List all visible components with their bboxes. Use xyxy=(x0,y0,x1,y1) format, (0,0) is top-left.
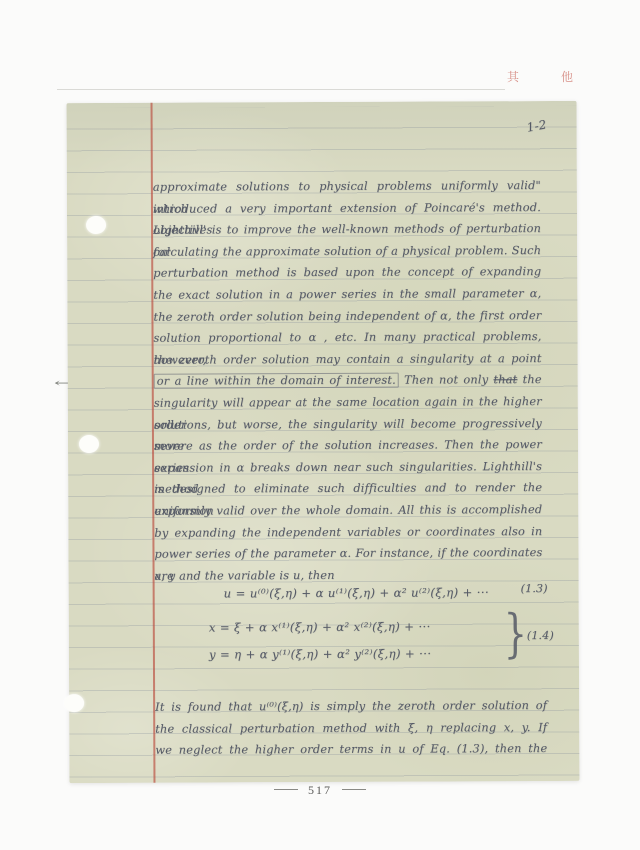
handwritten-paragraph-2: It is found that u⁽⁰⁾(ξ,η) is simply the… xyxy=(155,695,547,761)
handwritten-line: introduced a very important extension of… xyxy=(153,197,541,220)
equation-x: x = ξ + α x⁽¹⁾(ξ,η) + α² x⁽²⁾(ξ,η) + ··· xyxy=(209,620,431,635)
equation-u: u = u⁽⁰⁾(ξ,η) + α u⁽¹⁾(ξ,η) + α² u⁽²⁾(ξ,… xyxy=(224,585,489,600)
underlying-sheet-edge xyxy=(57,89,505,90)
handwritten-paragraph-1: approximate solutions to physical proble… xyxy=(153,175,543,587)
handwritten-line: solution proportional to α , etc. In man… xyxy=(154,326,542,349)
punch-hole xyxy=(64,694,84,712)
scan-background: 其 他 ← 1-2 approximate solutions to physi… xyxy=(0,0,640,850)
handwritten-line: solutions, but worse, the singularity wi… xyxy=(154,413,542,436)
handwritten-line: x, y and the variable is u, then xyxy=(155,564,543,587)
handwritten-line: by expanding the independent variables o… xyxy=(154,521,542,544)
handwritten-line: the exact solution in a power series in … xyxy=(153,283,541,306)
handwritten-line: the zeroth order solution may contain a … xyxy=(154,348,542,371)
stamp-char: 他 xyxy=(561,68,573,85)
page-number-value: 517 xyxy=(308,783,332,798)
notebook-page: 1-2 approximate solutions to physical pr… xyxy=(67,101,580,783)
page-number-dash xyxy=(274,789,298,790)
handwritten-line: It is found that u⁽⁰⁾(ξ,η) is simply the… xyxy=(155,695,547,718)
handwritten-line: expansion in α breaks down near such sin… xyxy=(154,456,542,479)
equation-label: (1.4) xyxy=(527,629,554,642)
handwritten-line: power series of the parameter α. For ins… xyxy=(154,542,542,565)
handwritten-text: Then not only xyxy=(404,374,493,387)
handwritten-line: objective is to improve the well-known m… xyxy=(153,218,541,241)
punch-hole xyxy=(86,216,106,234)
equation-brace: } xyxy=(504,604,527,664)
equation-label: (1.3) xyxy=(521,582,548,595)
handwritten-line: severe as the order of the solution incr… xyxy=(154,434,542,457)
stamp-char: 其 xyxy=(507,68,519,85)
page-number-dash xyxy=(342,789,366,790)
handwritten-line: we neglect the higher order terms in u o… xyxy=(155,738,547,761)
red-stamp: 其 他 xyxy=(505,68,615,86)
handwritten-line: perturbation method is based upon the co… xyxy=(153,261,541,284)
handwritten-line: calculating the approximate solution of … xyxy=(153,240,541,263)
struck-word: that xyxy=(493,373,517,386)
equation-y: y = η + α y⁽¹⁾(ξ,η) + α² y⁽²⁾(ξ,η) + ··· xyxy=(209,647,432,662)
handwritten-line: the classical perturbation method with ξ… xyxy=(155,717,547,740)
handwritten-line: the zeroth order solution being independ… xyxy=(153,305,541,328)
punch-hole xyxy=(79,435,99,453)
handwritten-line: singularity will appear at the same loca… xyxy=(154,391,542,414)
handwritten-line: uniformly valid over the whole domain. A… xyxy=(154,499,542,522)
boxed-phrase-annotation: or a line within the domain of interest. xyxy=(154,373,399,389)
handwritten-text: the xyxy=(523,373,542,386)
page-number: 517 xyxy=(230,782,410,800)
handwritten-line: is designed to eliminate such difficulti… xyxy=(154,477,542,500)
handwritten-line-annotated: or a line within the domain of interest.… xyxy=(154,369,542,392)
handwritten-line: approximate solutions to physical proble… xyxy=(153,175,541,198)
equations-block: u = u⁽⁰⁾(ξ,η) + α u⁽¹⁾(ξ,η) + α² u⁽²⁾(ξ,… xyxy=(67,101,577,103)
